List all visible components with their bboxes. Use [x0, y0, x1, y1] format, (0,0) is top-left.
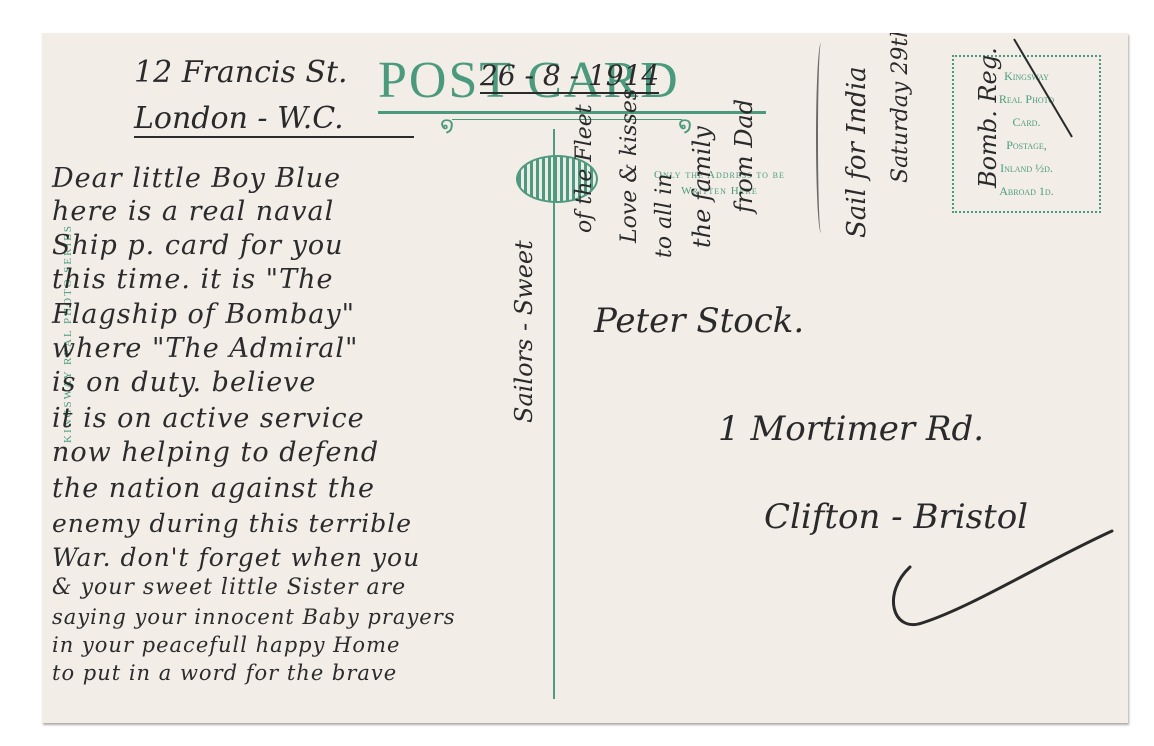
recipient-name: Peter Stock.	[594, 301, 804, 341]
vertical-note: Sailors - Sweet	[510, 240, 538, 423]
message-line: to put in a word for the brave	[52, 661, 397, 685]
message-line: Flagship of Bombay"	[52, 299, 355, 330]
message-line: this time. it is "The	[52, 264, 333, 295]
message-line: Ship p. card for you	[52, 230, 343, 261]
vertical-note: to all in	[652, 174, 677, 258]
postcard: POST CARD ໑ ໑ Only the Address to be Wri…	[42, 33, 1128, 723]
vertical-note: of the Fleet	[572, 104, 597, 233]
message-line: now helping to defend	[52, 437, 379, 468]
message-line: it is on active service	[52, 403, 365, 434]
signature-flourish-icon	[882, 523, 1122, 643]
message-line: the nation against the	[52, 473, 375, 504]
vertical-note: Saturday 29th	[888, 33, 913, 183]
message-line: enemy during this terrible	[52, 509, 412, 538]
message-line: saying your innocent Baby prayers	[52, 605, 456, 629]
vertical-note: Sail for India	[842, 66, 872, 238]
title-rule-secondary	[452, 119, 682, 120]
vertical-note: Love & kisses	[617, 89, 642, 243]
ink-stroke-icon	[1002, 33, 1082, 143]
message-line: & your sweet little Sister are	[52, 575, 406, 600]
message-line: here is a real naval	[52, 196, 334, 227]
vertical-note: from Dad	[730, 99, 758, 213]
sender-address-line2: London - W.C.	[134, 101, 414, 138]
stamp-area-note: Bomb. Reg.	[974, 47, 1002, 188]
center-divider	[553, 129, 555, 699]
message-line: where "The Admiral"	[52, 333, 358, 364]
message-line: Dear little Boy Blue	[52, 163, 341, 194]
vertical-note: the family	[688, 126, 716, 248]
sender-address-line1: 12 Francis St.	[134, 55, 348, 90]
message-line: War. don't forget when you	[52, 543, 420, 572]
message-line: in your peacefull happy Home	[52, 633, 400, 657]
ink-bracket	[816, 43, 826, 233]
message-line: is on duty. believe	[52, 367, 316, 398]
scroll-ornament-left-icon: ໑	[440, 113, 454, 138]
recipient-street: 1 Mortimer Rd.	[718, 409, 984, 449]
